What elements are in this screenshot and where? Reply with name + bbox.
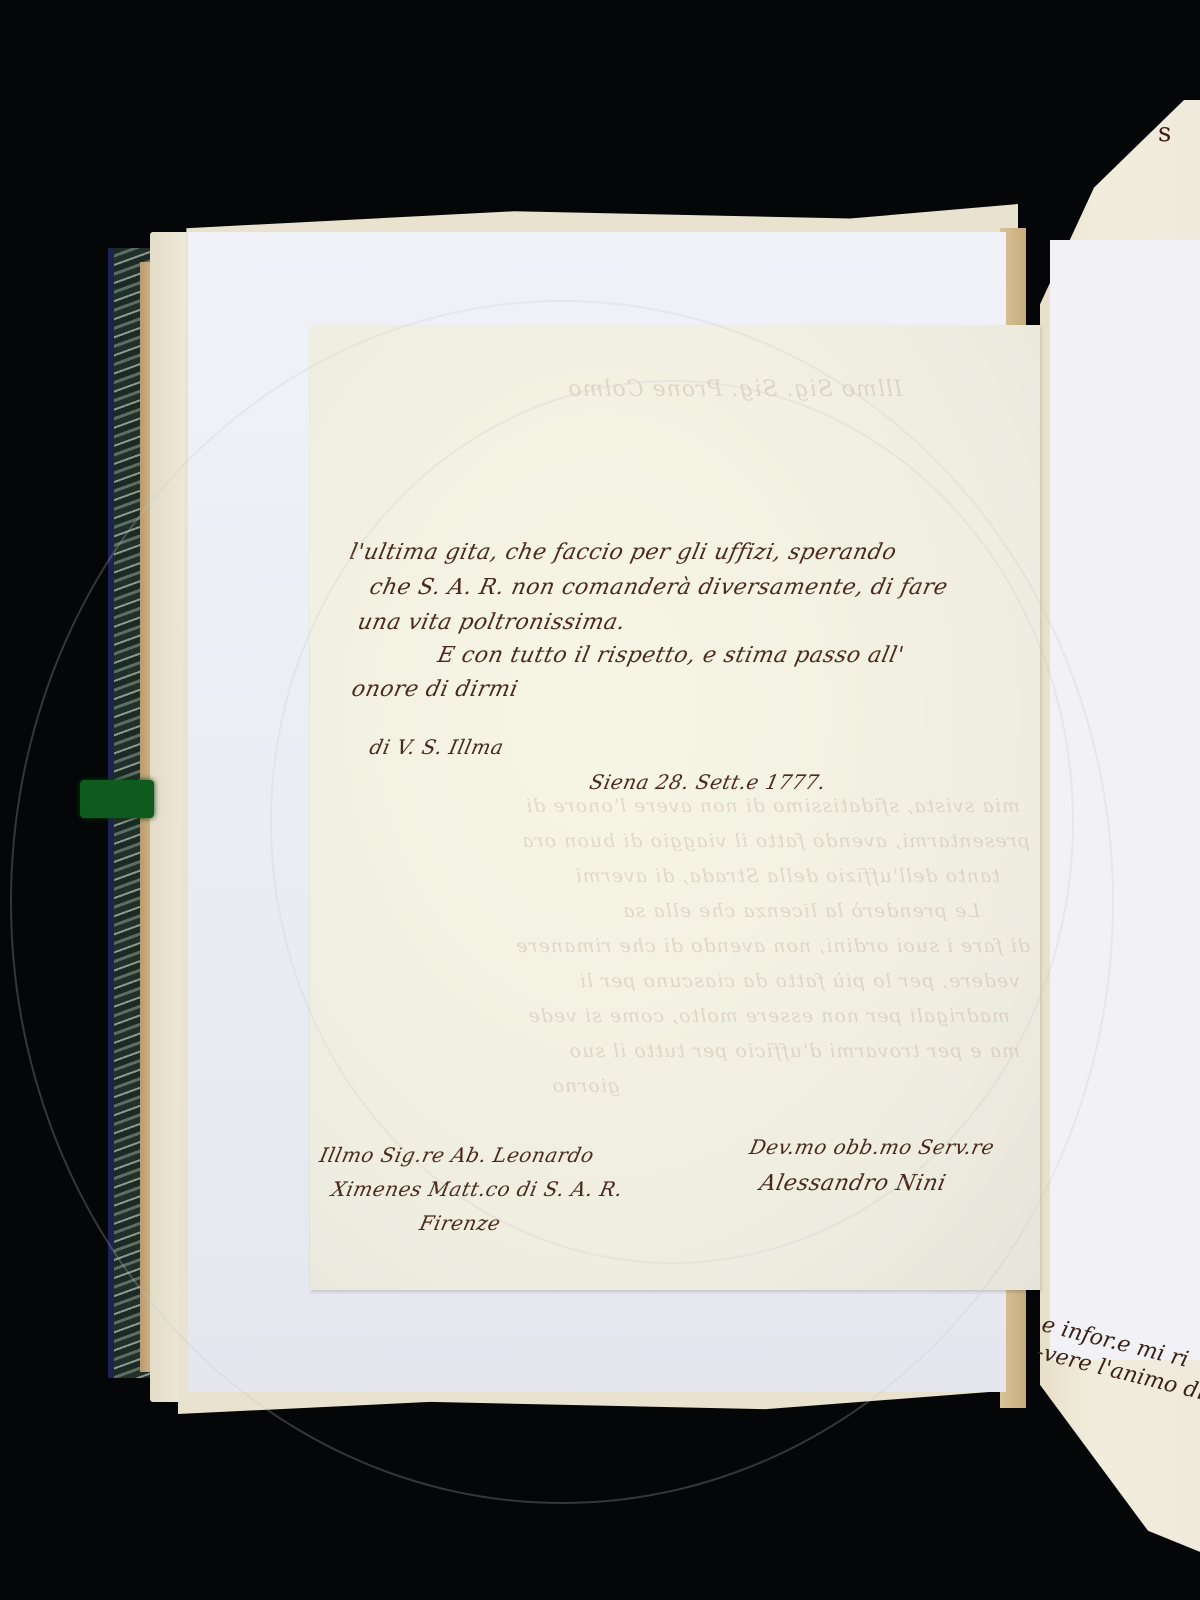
bookmark-ribbon	[80, 780, 154, 818]
manuscript-letter: Illmo Sig. Sig. Prone Colmo mia svista, …	[310, 325, 1040, 1290]
bleed-line: di fare i suoi ordini, non avendo di che…	[310, 935, 1040, 957]
closing-formula: di V. S. Illma	[367, 735, 506, 759]
bleed-line: madrigali per non essere molto, come si …	[310, 1005, 1040, 1027]
bleed-line: Le prenderò la licenza che ella sa	[310, 900, 1040, 922]
body-line-4: E con tutto il rispetto, e stima passo a…	[435, 643, 906, 668]
header-bleedthrough: Illmo Sig. Sig. Prone Colmo	[310, 377, 1040, 402]
bleed-line: mia svista, sfidatissimo di non avere l'…	[310, 795, 1040, 817]
signature-formula: Dev.mo obb.mo Serv.re	[747, 1135, 996, 1159]
addressee-line-3: Firenze	[417, 1211, 503, 1235]
addressee-line-2: Ximenes Matt.co di S. A. R.	[329, 1177, 625, 1201]
addressee-line-1: Illmo Sig.re Ab. Leonardo	[317, 1143, 596, 1167]
bleed-line: vedere, per lo più fatto da ciascuno per…	[310, 970, 1040, 992]
facing-page-mark: s	[1158, 118, 1171, 148]
place-date: Siena 28. Sett.e 1777.	[587, 770, 828, 794]
body-line-2: che S. A. R. non comanderà diversamente,…	[367, 575, 950, 600]
bleed-line: tanto dell'uffizio della Strada, di aver…	[310, 865, 1040, 887]
body-line-5: onore di dirmi	[349, 677, 520, 702]
bleed-line: ma e per trovarmi d'ufficio per tutto il…	[310, 1040, 1040, 1062]
body-line-3: una vita poltronissima.	[355, 610, 627, 635]
signature-name: Alessandro Nini	[757, 1171, 948, 1196]
bleed-line: presentarmi, avendo fatto il viaggio di …	[310, 830, 1040, 852]
facing-page-insert	[1050, 240, 1200, 1360]
bleed-line: giorno	[310, 1075, 1040, 1097]
body-line-1: l'ultima gita, che faccio per gli uffizi…	[347, 540, 899, 565]
